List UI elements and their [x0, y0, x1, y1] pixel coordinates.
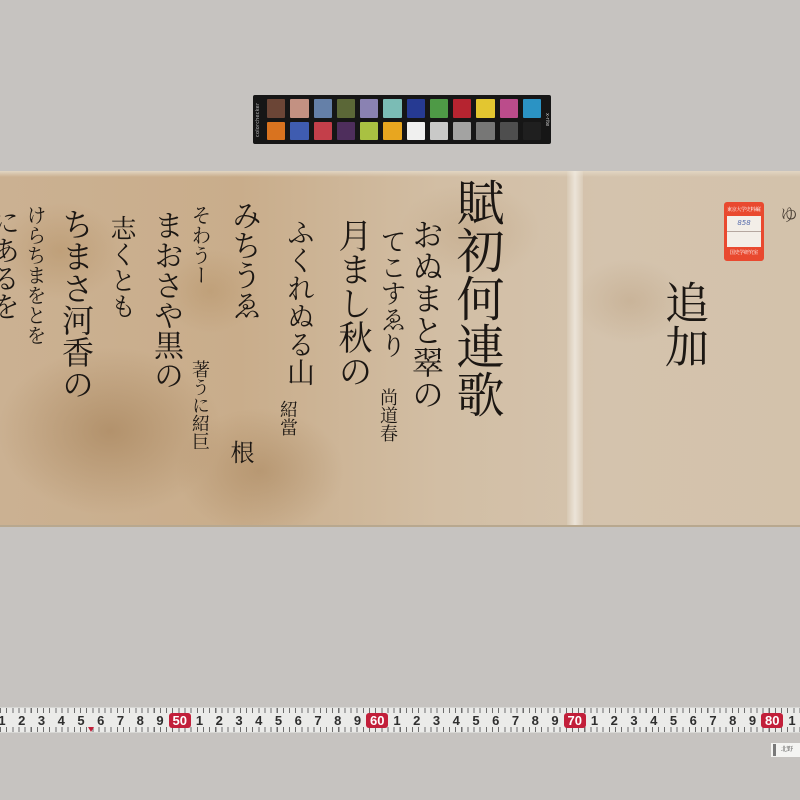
paper-top-edge [0, 171, 800, 177]
ruler-number: 9 [351, 713, 365, 728]
calligraphy-column: まおさや黒の [150, 210, 180, 390]
color-patch [523, 122, 541, 141]
color-patch [407, 122, 425, 141]
color-patch-grid [267, 99, 541, 140]
collection-label: 東京大学史料編纂所 858 国史学研究室 [724, 202, 764, 261]
calligraphy-column: てこすゑり [378, 228, 404, 358]
ruler-number: 9 [548, 713, 562, 728]
ruler-number: 1 [0, 713, 9, 728]
ruler-number: 3 [430, 713, 444, 728]
ruler-number: 7 [114, 713, 128, 728]
ruler-number: 7 [311, 713, 325, 728]
ruler-number: 60 [366, 713, 388, 728]
color-checker-card: colorchecker x-rite [253, 95, 551, 144]
color-patch [360, 122, 378, 141]
ruler-number: 70 [564, 713, 586, 728]
calligraphy-column: 紹當 [278, 400, 296, 436]
ruler-number: 5 [272, 713, 286, 728]
ruler-number: 50 [169, 713, 191, 728]
ruler-number: 9 [153, 713, 167, 728]
ruler-number: 7 [706, 713, 720, 728]
ruler-number: 6 [291, 713, 305, 728]
calligraphy-column: おぬまと翠の [410, 218, 442, 410]
color-patch [453, 122, 471, 141]
calligraphy-column: ふくれぬる山 [285, 218, 313, 386]
color-patch [453, 99, 471, 118]
ruler-number: 4 [647, 713, 661, 728]
collection-label-footer: 国史学研究室 [727, 248, 761, 258]
ruler-number: 8 [331, 713, 345, 728]
color-patch [430, 99, 448, 118]
calligraphy-column: そわうー [190, 205, 210, 285]
calligraphy-column: 志くとも [108, 215, 134, 319]
ruler-number: 4 [252, 713, 266, 728]
collection-label-number: 858 [727, 216, 761, 232]
ruler-number: 1 [785, 713, 799, 728]
color-patch [360, 99, 378, 118]
ruler-number: 5 [667, 713, 681, 728]
color-patch [500, 99, 518, 118]
ruler-number: 2 [607, 713, 621, 728]
ruler-number: 4 [449, 713, 463, 728]
checker-logo-text: x-rite [541, 99, 550, 140]
ruler-number: 6 [94, 713, 108, 728]
color-patch [314, 99, 332, 118]
collection-label-blank [727, 232, 761, 247]
color-patch [267, 122, 285, 141]
scroll-document: 追加 ゆ 賦初何連歌おぬまと翠のてこすゑり尚道春月まし秋のふくれぬる山紹當みちう… [0, 171, 800, 527]
calligraphy-column: 著うに紹巨 [190, 360, 208, 450]
measuring-ruler: 1234567895012345678960123456789701234567… [0, 707, 800, 733]
ruler-number: 2 [15, 713, 29, 728]
color-patch [500, 122, 518, 141]
ruler-number: 3 [35, 713, 49, 728]
ruler-number: 2 [212, 713, 226, 728]
color-patch [337, 99, 355, 118]
calligraphy-column: 根 [228, 440, 252, 464]
color-patch [476, 122, 494, 141]
checker-brand-text: colorchecker [255, 99, 265, 140]
color-patch [314, 122, 332, 141]
ruler-number: 3 [232, 713, 246, 728]
paper-seam [567, 171, 583, 527]
ruler-number: 8 [528, 713, 542, 728]
ruler-number: 3 [627, 713, 641, 728]
calligraphy-column: みちうゑ [228, 200, 258, 320]
collection-label-header: 東京大学史料編纂所 [727, 205, 761, 215]
color-patch [430, 122, 448, 141]
ruler-number: 2 [410, 713, 424, 728]
calligraphy-column: 賦初何連歌 [452, 178, 500, 418]
ruler-number: 80 [761, 713, 783, 728]
title-calligraphy: 追加 [660, 280, 704, 368]
ruler-number: 1 [588, 713, 602, 728]
calligraphy-column: にあるを [0, 208, 18, 320]
ruler-number: 4 [54, 713, 68, 728]
calligraphy-column: 月まし秋の [335, 218, 369, 388]
calligraphy-column: けらちまをとを [25, 205, 45, 345]
color-patch [383, 99, 401, 118]
color-patch [290, 99, 308, 118]
color-patch [383, 122, 401, 141]
calligraphy-column: 尚道春 [378, 388, 396, 442]
color-patch [290, 122, 308, 141]
ruler-number: 8 [726, 713, 740, 728]
ruler-number: 8 [133, 713, 147, 728]
corner-label: 北野 [771, 743, 800, 757]
paper-bottom-edge [0, 525, 800, 527]
color-patch [337, 122, 355, 141]
ruler-number: 7 [509, 713, 523, 728]
ruler-number: 6 [489, 713, 503, 728]
ruler-number: 6 [686, 713, 700, 728]
color-patch [476, 99, 494, 118]
ruler-number: 1 [193, 713, 207, 728]
color-patch [267, 99, 285, 118]
ruler-number: 9 [746, 713, 760, 728]
color-patch [523, 99, 541, 118]
ruler-number: 5 [469, 713, 483, 728]
color-patch [407, 99, 425, 118]
ruler-number: 5 [74, 713, 88, 728]
far-right-calligraphy: ゆ [778, 205, 796, 223]
ruler-number: 1 [390, 713, 404, 728]
calligraphy-column: ちまさ河香の [60, 208, 92, 400]
